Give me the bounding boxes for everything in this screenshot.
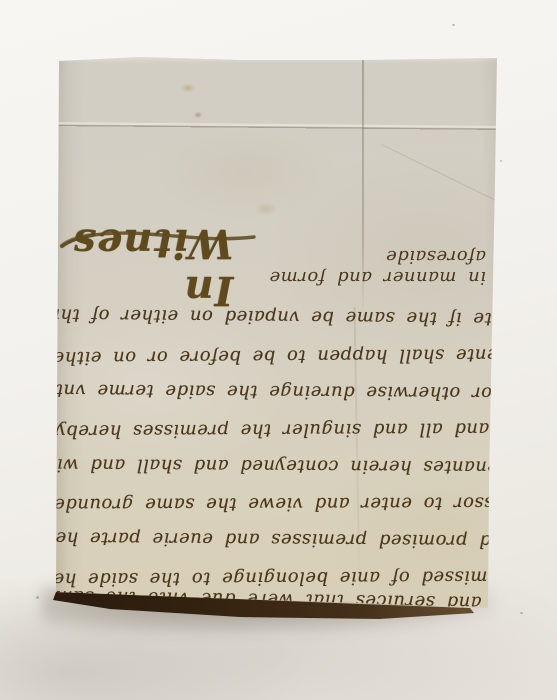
dust-speck [36,596,39,599]
script-line: of the feastes aforesaide or otherwise d… [44,371,557,410]
heading-lead-text: in manner and forme aforesaide [233,246,486,288]
script-line: and paie the rente if the same be vnpaie… [44,295,557,334]
dust-speck [452,24,455,26]
dust-speck [520,612,523,614]
photo-scene: in manner and forme aforesaide In Witnes… [0,0,557,700]
dust-speck [500,160,502,162]
crease-diagonal-faint [381,144,516,211]
script-line: the lessor his heires and all and singul… [44,408,557,445]
script-line: and shall keepe all couenantes herein co… [44,445,557,483]
script-line: side and if the saide rente shall happen… [44,334,557,373]
script-line: suffer the saide lessor to enter and vie… [44,483,557,519]
parchment-document: in manner and forme aforesaide In Witnes… [56,57,498,622]
script-line: vpon his herebye demised and promised pr… [44,518,557,557]
fold-crease-horizontal [58,122,496,131]
manuscript-heading-line: in manner and forme aforesaide In Witnes [60,237,486,297]
